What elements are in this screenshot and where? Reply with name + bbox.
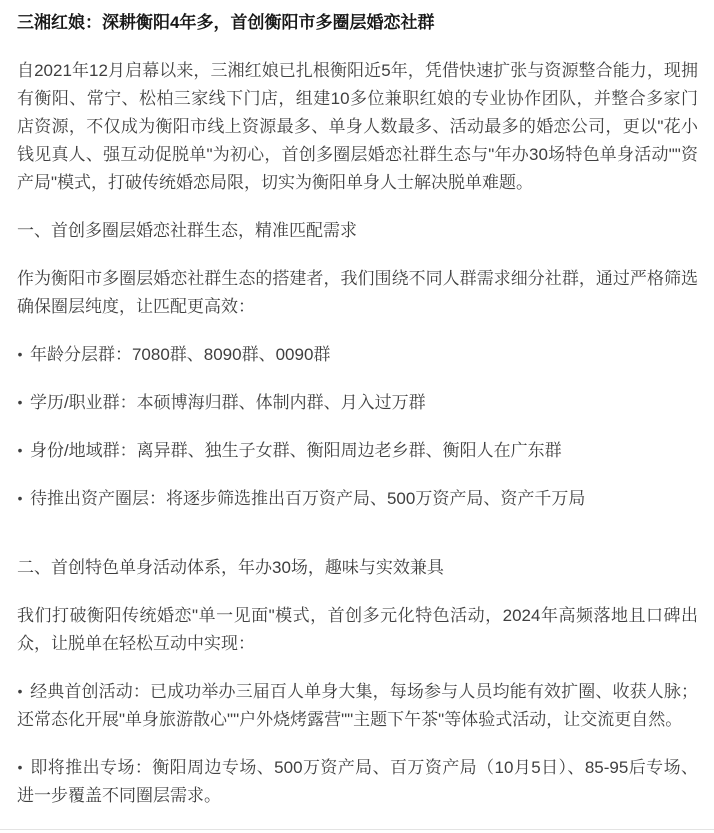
list-item-identity-groups: •身份/地域群：离异群、独生子女群、衡阳周边老乡群、衡阳人在广东群 [17,437,698,465]
section-1-heading: 一、首创多圈层婚恋社群生态，精准匹配需求 [17,217,698,245]
list-item-upcoming-events: •即将推出专场：衡阳周边专场、500万资产局、百万资产局（10月5日）、85-9… [17,754,698,810]
intro-paragraph: 自2021年12月启幕以来，三湘红娘已扎根衡阳近5年，凭借快速扩张与资源整合能力… [17,57,698,197]
section-2-intro: 我们打破衡阳传统婚恋"单一见面"模式，首创多元化特色活动，2024年高频落地且口… [17,602,698,658]
list-item-text: 年龄分层群：7080群、8090群、0090群 [30,345,330,364]
bullet-icon: • [18,681,23,703]
list-item-text: 身份/地域群：离异群、独生子女群、衡阳周边老乡群、衡阳人在广东群 [30,441,562,460]
list-item-asset-circles: •待推出资产圈层：将逐步筛选推出百万资产局、500万资产局、资产千万局 [17,485,698,513]
list-item-text: 经典首创活动：已成功举办三届百人单身大集，每场参与人员均能有效扩圈、收获人脉；还… [17,682,698,729]
article-body: 三湘红娘：深耕衡阳4年多，首创衡阳市多圈层婚恋社群 自2021年12月启幕以来，… [0,0,714,810]
bullet-icon: • [18,440,23,462]
list-item-text: 学历/职业群：本硕博海归群、体制内群、月入过万群 [30,393,426,412]
article-title: 三湘红娘：深耕衡阳4年多，首创衡阳市多圈层婚恋社群 [17,9,698,37]
list-item-age-groups: •年龄分层群：7080群、8090群、0090群 [17,341,698,369]
section-2-heading: 二、首创特色单身活动体系，年办30场，趣味与实效兼具 [17,554,698,582]
list-item-text: 待推出资产圈层：将逐步筛选推出百万资产局、500万资产局、资产千万局 [30,489,585,508]
bottom-divider [0,829,714,830]
bullet-icon: • [18,757,23,779]
section-1-intro: 作为衡阳市多圈层婚恋社群生态的搭建者，我们围绕不同人群需求细分社群，通过严格筛选… [17,265,698,321]
list-item-education-groups: •学历/职业群：本硕博海归群、体制内群、月入过万群 [17,389,698,417]
list-item-classic-activities: •经典首创活动：已成功举办三届百人单身大集，每场参与人员均能有效扩圈、收获人脉；… [17,678,698,734]
list-item-text: 即将推出专场：衡阳周边专场、500万资产局、百万资产局（10月5日）、85-95… [17,758,698,805]
bullet-icon: • [18,488,23,510]
bullet-icon: • [18,344,23,366]
bullet-icon: • [18,392,23,414]
